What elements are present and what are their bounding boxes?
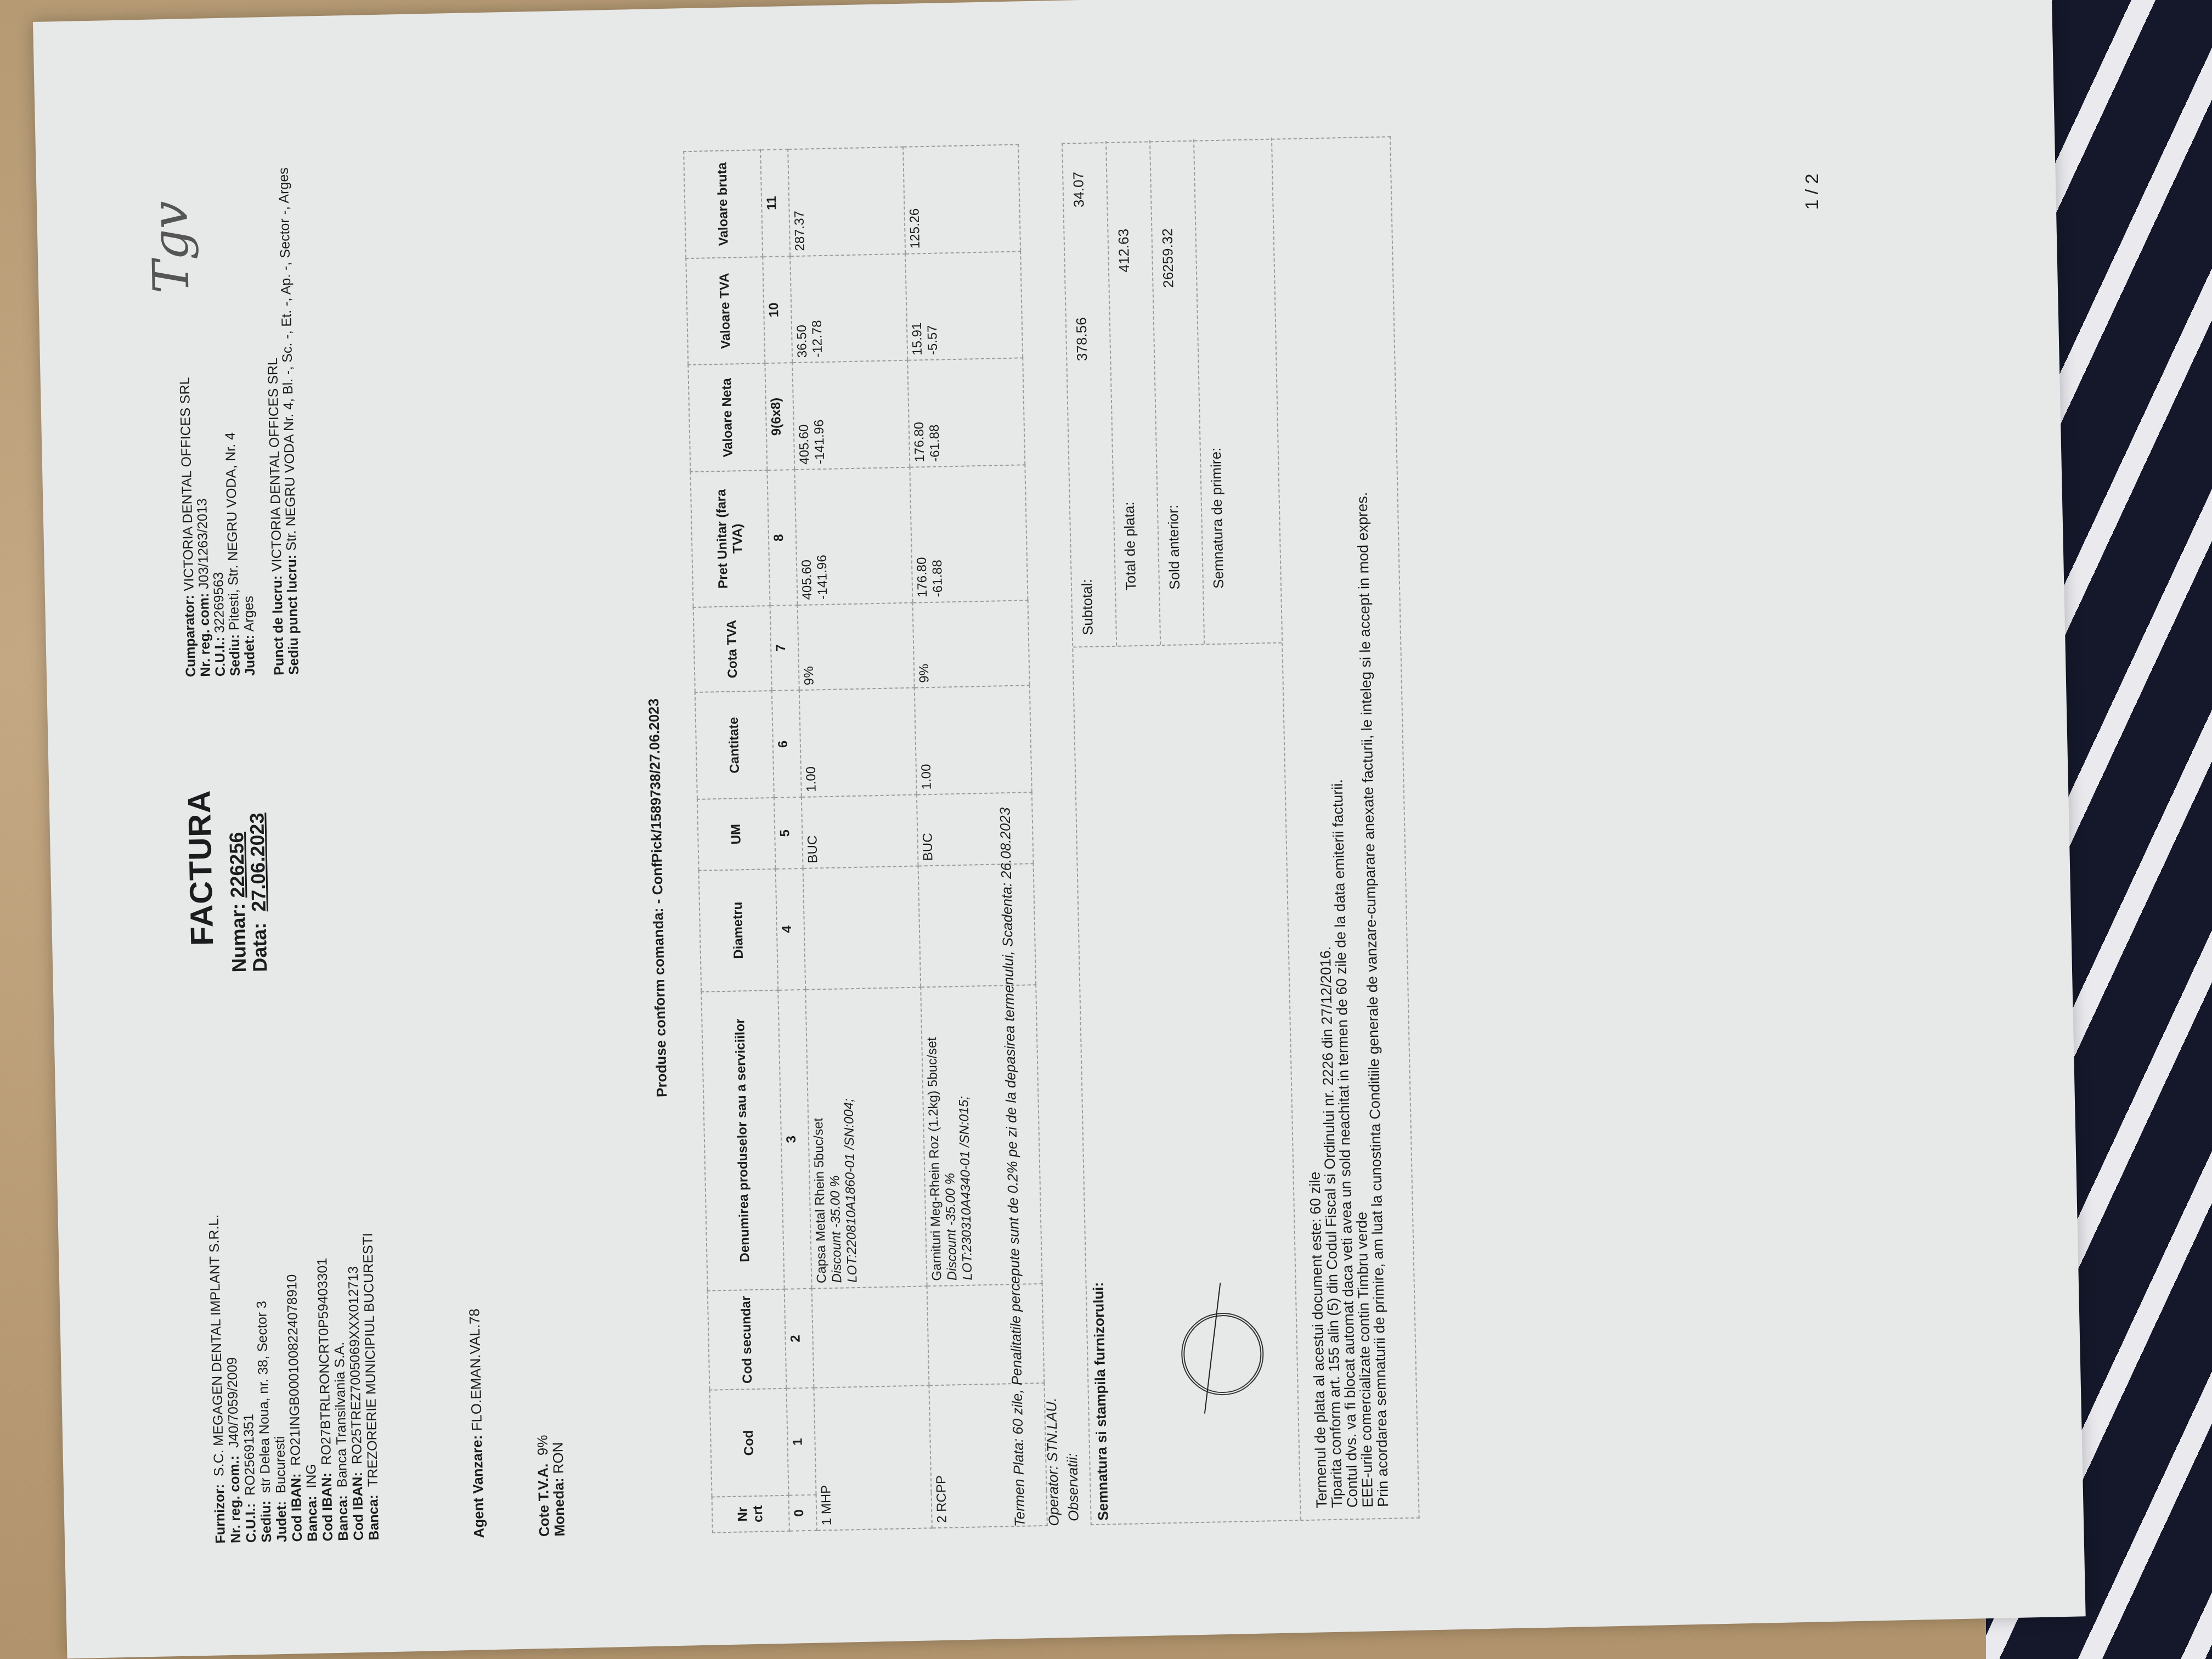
cell-denumire: Capsa Metal Rhein 5buc/setDiscount -35.0… — [805, 987, 927, 1288]
receipt-signature-row: Semnatura de primire: — [1194, 138, 1282, 644]
vat-currency-block: Cote T.V.A. 9% Moneda: RON — [534, 1435, 567, 1537]
buyer-block: Cumparator: VICTORIA DENTAL OFFICES SRL … — [171, 71, 302, 677]
col-header: Cantitate — [695, 691, 774, 800]
field-label: Sediu punct lucru: — [284, 555, 302, 675]
invoice-title: FACTURA — [180, 789, 221, 946]
col-header: Valoare TVA — [686, 257, 765, 365]
value: 36.50 — [793, 261, 810, 358]
sales-agent: Agent Vanzare: FLO.EMAN.VAL.78 — [466, 1308, 488, 1538]
total-label: Total de plata: — [1121, 501, 1139, 591]
col-header: Diametru — [699, 869, 778, 992]
vat-value: 9% — [534, 1435, 551, 1455]
col-number: 7 — [770, 605, 799, 691]
cell-valoare-bruta: 125.26 — [903, 144, 1020, 253]
order-reference: Produse conform comanda: - ConfPick/1589… — [636, 239, 680, 1556]
col-number: 6 — [772, 690, 802, 798]
cell-valoare-bruta: 287.37 — [788, 147, 905, 256]
field-label: C.U.I.: — [243, 1503, 259, 1543]
cell-pret-unitar: 405.60-141.96 — [794, 467, 912, 605]
field-label: Sediu: — [258, 1500, 275, 1543]
agent-value: FLO.EMAN.VAL.78 — [466, 1308, 485, 1431]
field-label: Banca: — [335, 1495, 351, 1541]
supplier-block: Furnizor:S.C. MEGAGEN DENTAL IMPLANT S.R… — [200, 937, 382, 1544]
supplier-label: Furnizor: — [212, 1484, 228, 1544]
field-label: C.U.I.: — [212, 637, 229, 677]
discount-value: -5.57 — [923, 258, 941, 355]
col-header: Pret Unitar (fara TVA) — [690, 470, 770, 607]
date-label: Data: — [247, 922, 271, 972]
field-value: J40/7059/2009 — [224, 1357, 241, 1448]
page-number: 1 / 2 — [1802, 173, 1823, 210]
discount-value: -141.96 — [811, 367, 828, 464]
terms-block: Termen Plata: 60 zile, Penalitatile perc… — [988, 806, 1070, 1527]
supplier-signature-box: Semnatura si stampila furnizorului: — [1073, 642, 1300, 1525]
col-number: 2 — [785, 1288, 814, 1389]
subtotal-label: Subtotal: — [1079, 579, 1097, 635]
handwritten-note: Tgv — [141, 200, 201, 294]
col-header: Cod — [710, 1389, 789, 1497]
col-header: Cota TVA — [693, 606, 772, 693]
col-header: Valoare bruta — [684, 150, 763, 258]
field-label: Judet: — [274, 1501, 290, 1543]
field-value: J03/1263/2013 — [194, 498, 211, 589]
field-label: Cod IBAN: — [349, 1472, 366, 1541]
cell-cod-secundar — [812, 1286, 929, 1388]
col-number: 4 — [776, 868, 806, 990]
field-value: Bucuresti — [272, 1436, 289, 1494]
field-label: Banca: — [304, 1496, 320, 1542]
cell-pret-unitar: 176.80-61.88 — [910, 465, 1028, 602]
cell-cota-tva: 9% — [798, 602, 915, 690]
subtotal-net: 378.56 — [1073, 317, 1091, 361]
subtotal-tva: 34.07 — [1070, 172, 1087, 208]
field-value: RO25691351 — [241, 1414, 258, 1496]
col-header: Cod secundar — [708, 1289, 787, 1391]
discount-value: -12.78 — [808, 261, 826, 358]
invoice-document: Furnizor:S.C. MEGAGEN DENTAL IMPLANT S.R… — [132, 1, 2138, 1567]
col-number: 9(6x8) — [765, 363, 794, 471]
observations-label: Observatii: — [1064, 1453, 1082, 1521]
field-label: Banca: — [365, 1494, 382, 1541]
field-label: Cod IBAN: — [319, 1472, 336, 1542]
discount-value: -141.96 — [813, 474, 831, 600]
row-nr: 2 — [934, 1515, 949, 1523]
field-label: Nr. reg. com.: — [227, 1455, 244, 1543]
col-header: Valoare Neta — [688, 364, 767, 472]
cell-um: BUC — [802, 795, 918, 868]
col-header: UM — [697, 798, 776, 871]
row-cod: RCPP — [934, 1475, 949, 1512]
cell-cantitate: 1.00 — [799, 688, 917, 797]
supplier-signature-label: Semnatura si stampila furnizorului: — [1090, 1282, 1111, 1521]
date-value: 27.06.2023 — [245, 812, 270, 912]
cell-cota-tva: 9% — [913, 600, 1030, 688]
col-number: 8 — [767, 470, 797, 606]
sold-value: 26259.32 — [1159, 228, 1177, 288]
col-number: 0 — [789, 1495, 817, 1531]
value: 15.91 — [908, 258, 926, 356]
field-label: Cod IBAN: — [289, 1473, 306, 1542]
number-value: 226256 — [225, 832, 249, 898]
cell-valoare-neta: 405.60-141.96 — [792, 360, 910, 470]
number-label: Numar: — [227, 903, 251, 973]
total-value: 412.63 — [1115, 229, 1133, 273]
invoice-paper: Furnizor:S.C. MEGAGEN DENTAL IMPLANT S.R… — [33, 0, 2086, 1658]
col-header: Nr crt — [712, 1496, 789, 1533]
cell-valoare-neta: 176.80-61.88 — [907, 358, 1025, 467]
col-number: 11 — [760, 149, 790, 257]
cell-valoare-tva: 36.50-12.78 — [790, 254, 907, 363]
invoice-title-block: FACTURA Numar: 226256 Data: 27.06.2023 — [180, 788, 270, 973]
bottom-section: Observatii: Semnatura si stampila furniz… — [1062, 136, 1420, 1525]
value: 176.80 — [910, 365, 928, 462]
col-number: 1 — [786, 1388, 816, 1496]
totals-block: Subtotal: 378.56 34.07 Total de plata: 4… — [1063, 138, 1282, 647]
discount-value: -61.88 — [928, 472, 946, 597]
row-nr: 1 — [819, 1518, 834, 1526]
col-number: 5 — [774, 797, 803, 869]
field-value: 32269563 — [211, 572, 227, 633]
currency-label: Moneda: — [550, 1477, 568, 1536]
col-number: 10 — [763, 256, 792, 364]
field-value: Arges — [241, 596, 257, 632]
cell-diametru — [803, 866, 921, 989]
cell-nr-cod: 1 MHP — [814, 1386, 932, 1531]
field-label: Cumparator: — [182, 595, 199, 678]
cell-valoare-tva: 15.91-5.57 — [905, 251, 1023, 360]
receipt-signature-label: Semnatura de primire: — [1207, 447, 1227, 589]
discount-value: -61.88 — [926, 365, 943, 462]
stamp-icon — [1181, 1312, 1265, 1396]
field-value: ING — [303, 1464, 319, 1488]
agent-label: Agent Vanzare: — [469, 1435, 487, 1538]
invoice-date: Data: 27.06.2023 — [246, 788, 270, 972]
sold-label: Sold anterior: — [1165, 505, 1183, 590]
field-label: Sediu: — [227, 634, 243, 676]
col-header: Denumirea produselor sau a serviciilor — [701, 990, 784, 1291]
row-cod: MHP — [819, 1485, 834, 1515]
cell-cantitate: 1.00 — [915, 686, 1032, 795]
currency-value: RON — [549, 1442, 566, 1474]
value: 405.60 — [795, 368, 813, 465]
field-label: Judet: — [241, 635, 258, 676]
